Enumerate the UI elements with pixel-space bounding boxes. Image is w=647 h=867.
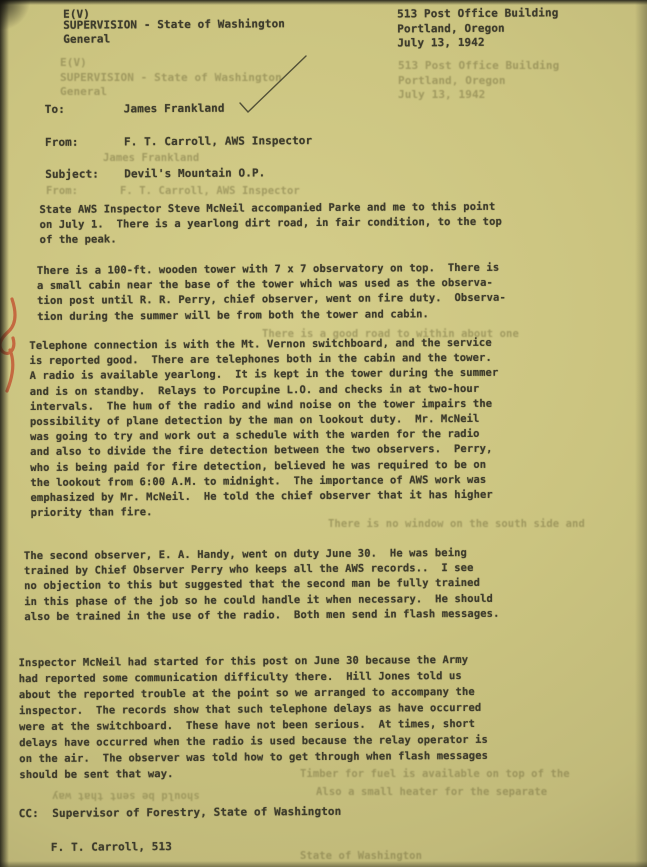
address-date-block: 513 Post Office Building Portland, Orego… [397, 6, 559, 51]
paragraph-2: There is a 100-ft. wooden tower with 7 x… [37, 261, 506, 325]
subject-value: Devil's Mountain O.P. [124, 165, 265, 181]
page-edge-shadow-top [0, 0, 647, 5]
header-category-line: General [63, 32, 110, 47]
cc-line: CC: Supervisor of Forestry, State of Was… [19, 804, 342, 821]
scanned-letter-page: E(V) SUPERVISION - State of Washington G… [0, 0, 647, 867]
from-label: From: [45, 135, 79, 150]
page-edge-shadow-left [0, 0, 9, 867]
letter-content: E(V) SUPERVISION - State of Washington G… [0, 0, 647, 867]
paragraph-1: State AWS Inspector Steve McNeil accompa… [39, 200, 502, 249]
page-edge-shadow-right [635, 0, 647, 867]
page-corner-shadow [0, 0, 30, 30]
to-label: To: [45, 102, 65, 117]
paragraph-3: Telephone connection is with the Mt. Ver… [29, 336, 499, 522]
header-org-line: SUPERVISION - State of Washington [63, 17, 285, 33]
paragraph-5: Inspector McNeil had started for this po… [19, 652, 489, 783]
signature-line: F. T. Carroll, 513 [51, 839, 172, 855]
page-edge-shadow-bottom [0, 861, 647, 867]
paragraph-4: The second observer, E. A. Handy, went o… [24, 546, 500, 625]
to-value: James Frankland [124, 101, 225, 117]
from-value: F. T. Carroll, AWS Inspector [124, 133, 312, 150]
subject-label: Subject: [45, 167, 99, 183]
